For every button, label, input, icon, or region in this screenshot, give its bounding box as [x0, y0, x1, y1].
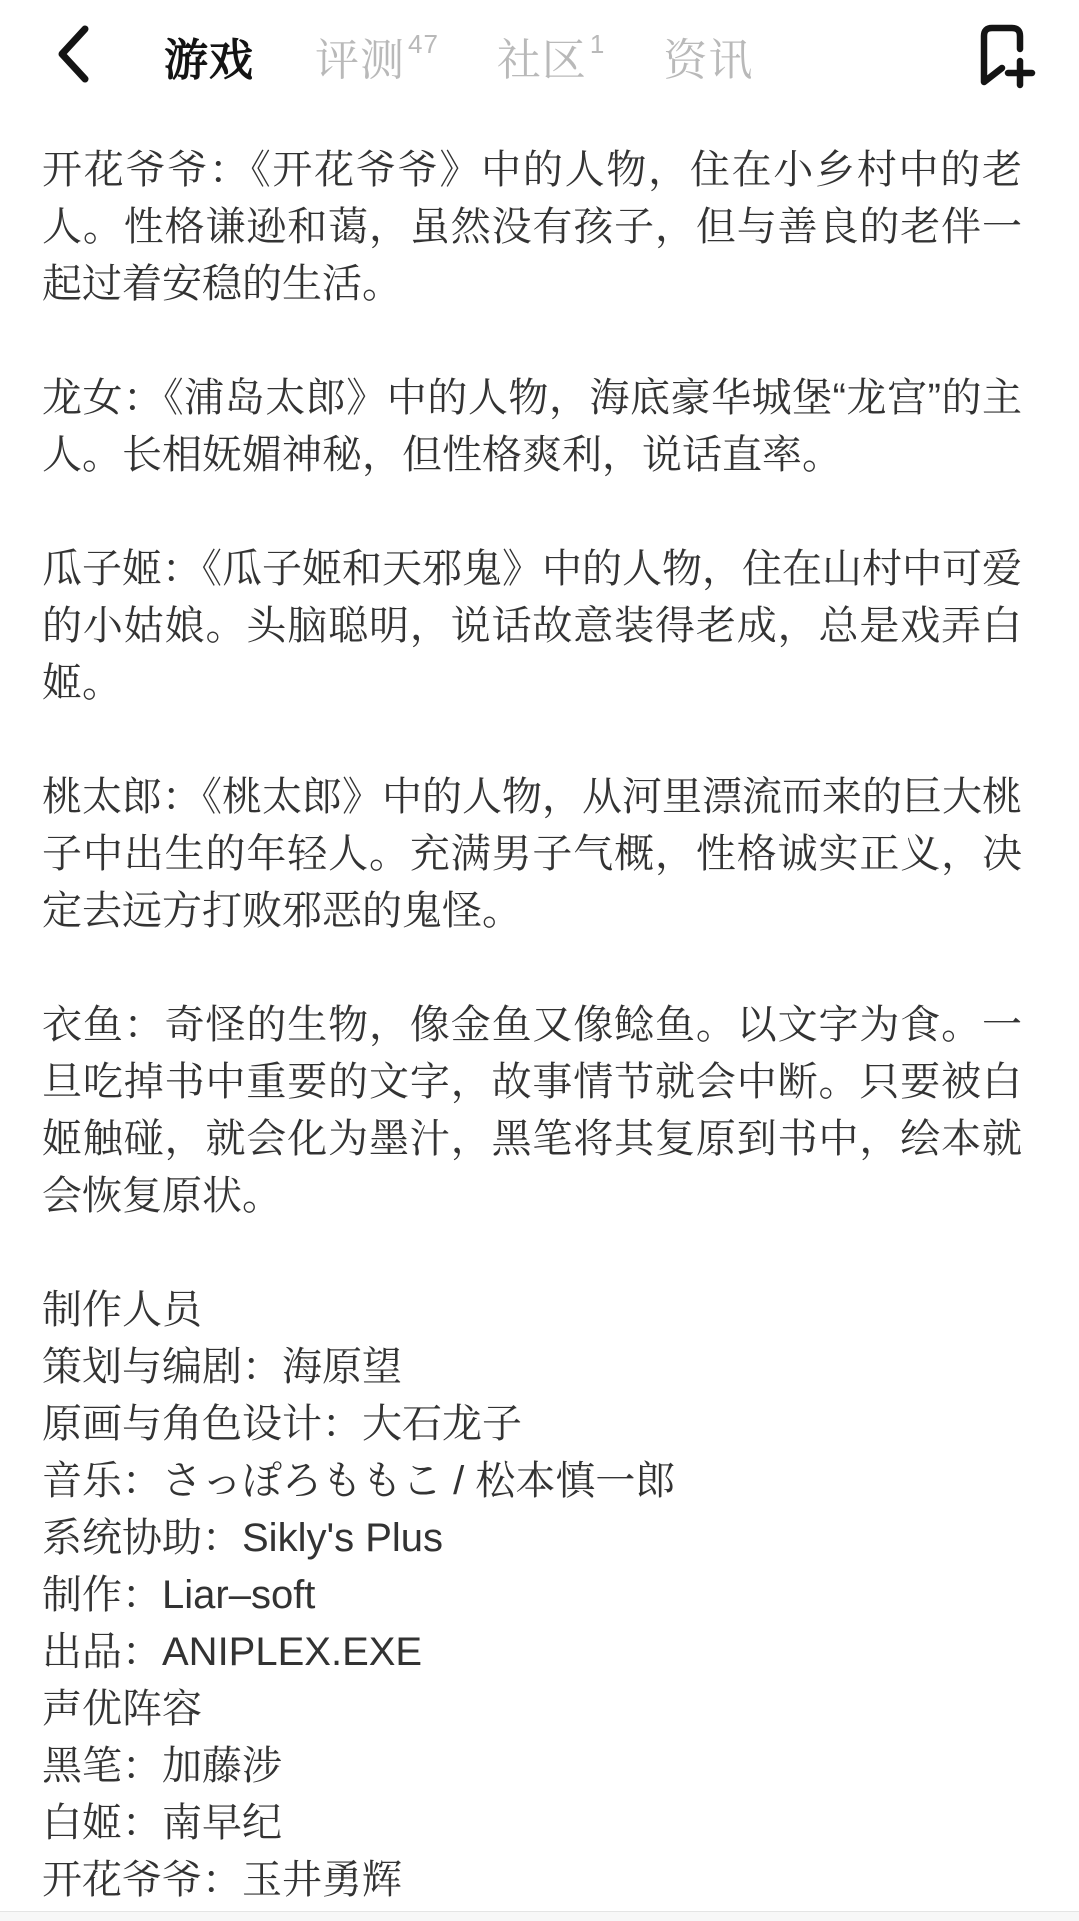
credits-text: 制作人员 策划与编剧：海原望 原画与角色设计：大石龙子 音乐：さっぽろももこ /…	[42, 1282, 1022, 1909]
character-description-silverfish: 衣鱼：奇怪的生物，像金鱼又像鲶鱼。以文字为食。一旦吃掉书中重要的文字，故事情节就…	[42, 997, 1022, 1225]
tab-bar: 游戏 评测47 社区1 资讯	[164, 0, 756, 112]
back-button[interactable]	[38, 14, 108, 98]
character-description-momotaro: 桃太郎：《桃太郎》中的人物，从河里漂流而来的巨大桃子中出生的年轻人。充满男子气概…	[42, 769, 1022, 940]
top-nav-bar: 游戏 评测47 社区1 资讯	[0, 0, 1079, 112]
next-section-divider	[0, 1911, 1079, 1921]
tab-community-label: 社区	[497, 36, 587, 85]
tab-reviews-label: 评测	[315, 36, 405, 85]
tab-game-label: 游戏	[164, 36, 254, 85]
tab-game[interactable]: 游戏	[164, 24, 257, 88]
tab-news[interactable]: 资讯	[663, 24, 756, 88]
tab-community[interactable]: 社区1	[497, 24, 605, 88]
tab-news-label: 资讯	[663, 36, 753, 85]
character-description-dragon-girl: 龙女：《浦岛太郎》中的人物，海底豪华城堡“龙宫”的主人。长相妩媚神秘，但性格爽利…	[42, 370, 1022, 484]
chevron-left-icon	[52, 23, 94, 90]
bookmark-add-icon	[965, 16, 1041, 101]
app-screen: 游戏 评测47 社区1 资讯 开花爷爷：《开花爷爷》中的人物，住在小乡村中的老人…	[0, 0, 1079, 1921]
game-description: 开花爷爷：《开花爷爷》中的人物，住在小乡村中的老人。性格谦逊和蔼，虽然没有孩子，…	[0, 112, 1079, 1909]
tab-community-badge: 1	[590, 29, 605, 59]
character-description-urikohime: 瓜子姬：《瓜子姬和天邪鬼》中的人物，住在山村中可爱的小姑娘。头脑聪明，说话故意装…	[42, 541, 1022, 712]
tab-reviews-badge: 47	[408, 29, 439, 59]
tab-reviews[interactable]: 评测47	[315, 24, 439, 88]
bookmark-add-button[interactable]	[963, 16, 1043, 100]
character-description-hanasaka: 开花爷爷：《开花爷爷》中的人物，住在小乡村中的老人。性格谦逊和蔼，虽然没有孩子，…	[42, 142, 1022, 313]
